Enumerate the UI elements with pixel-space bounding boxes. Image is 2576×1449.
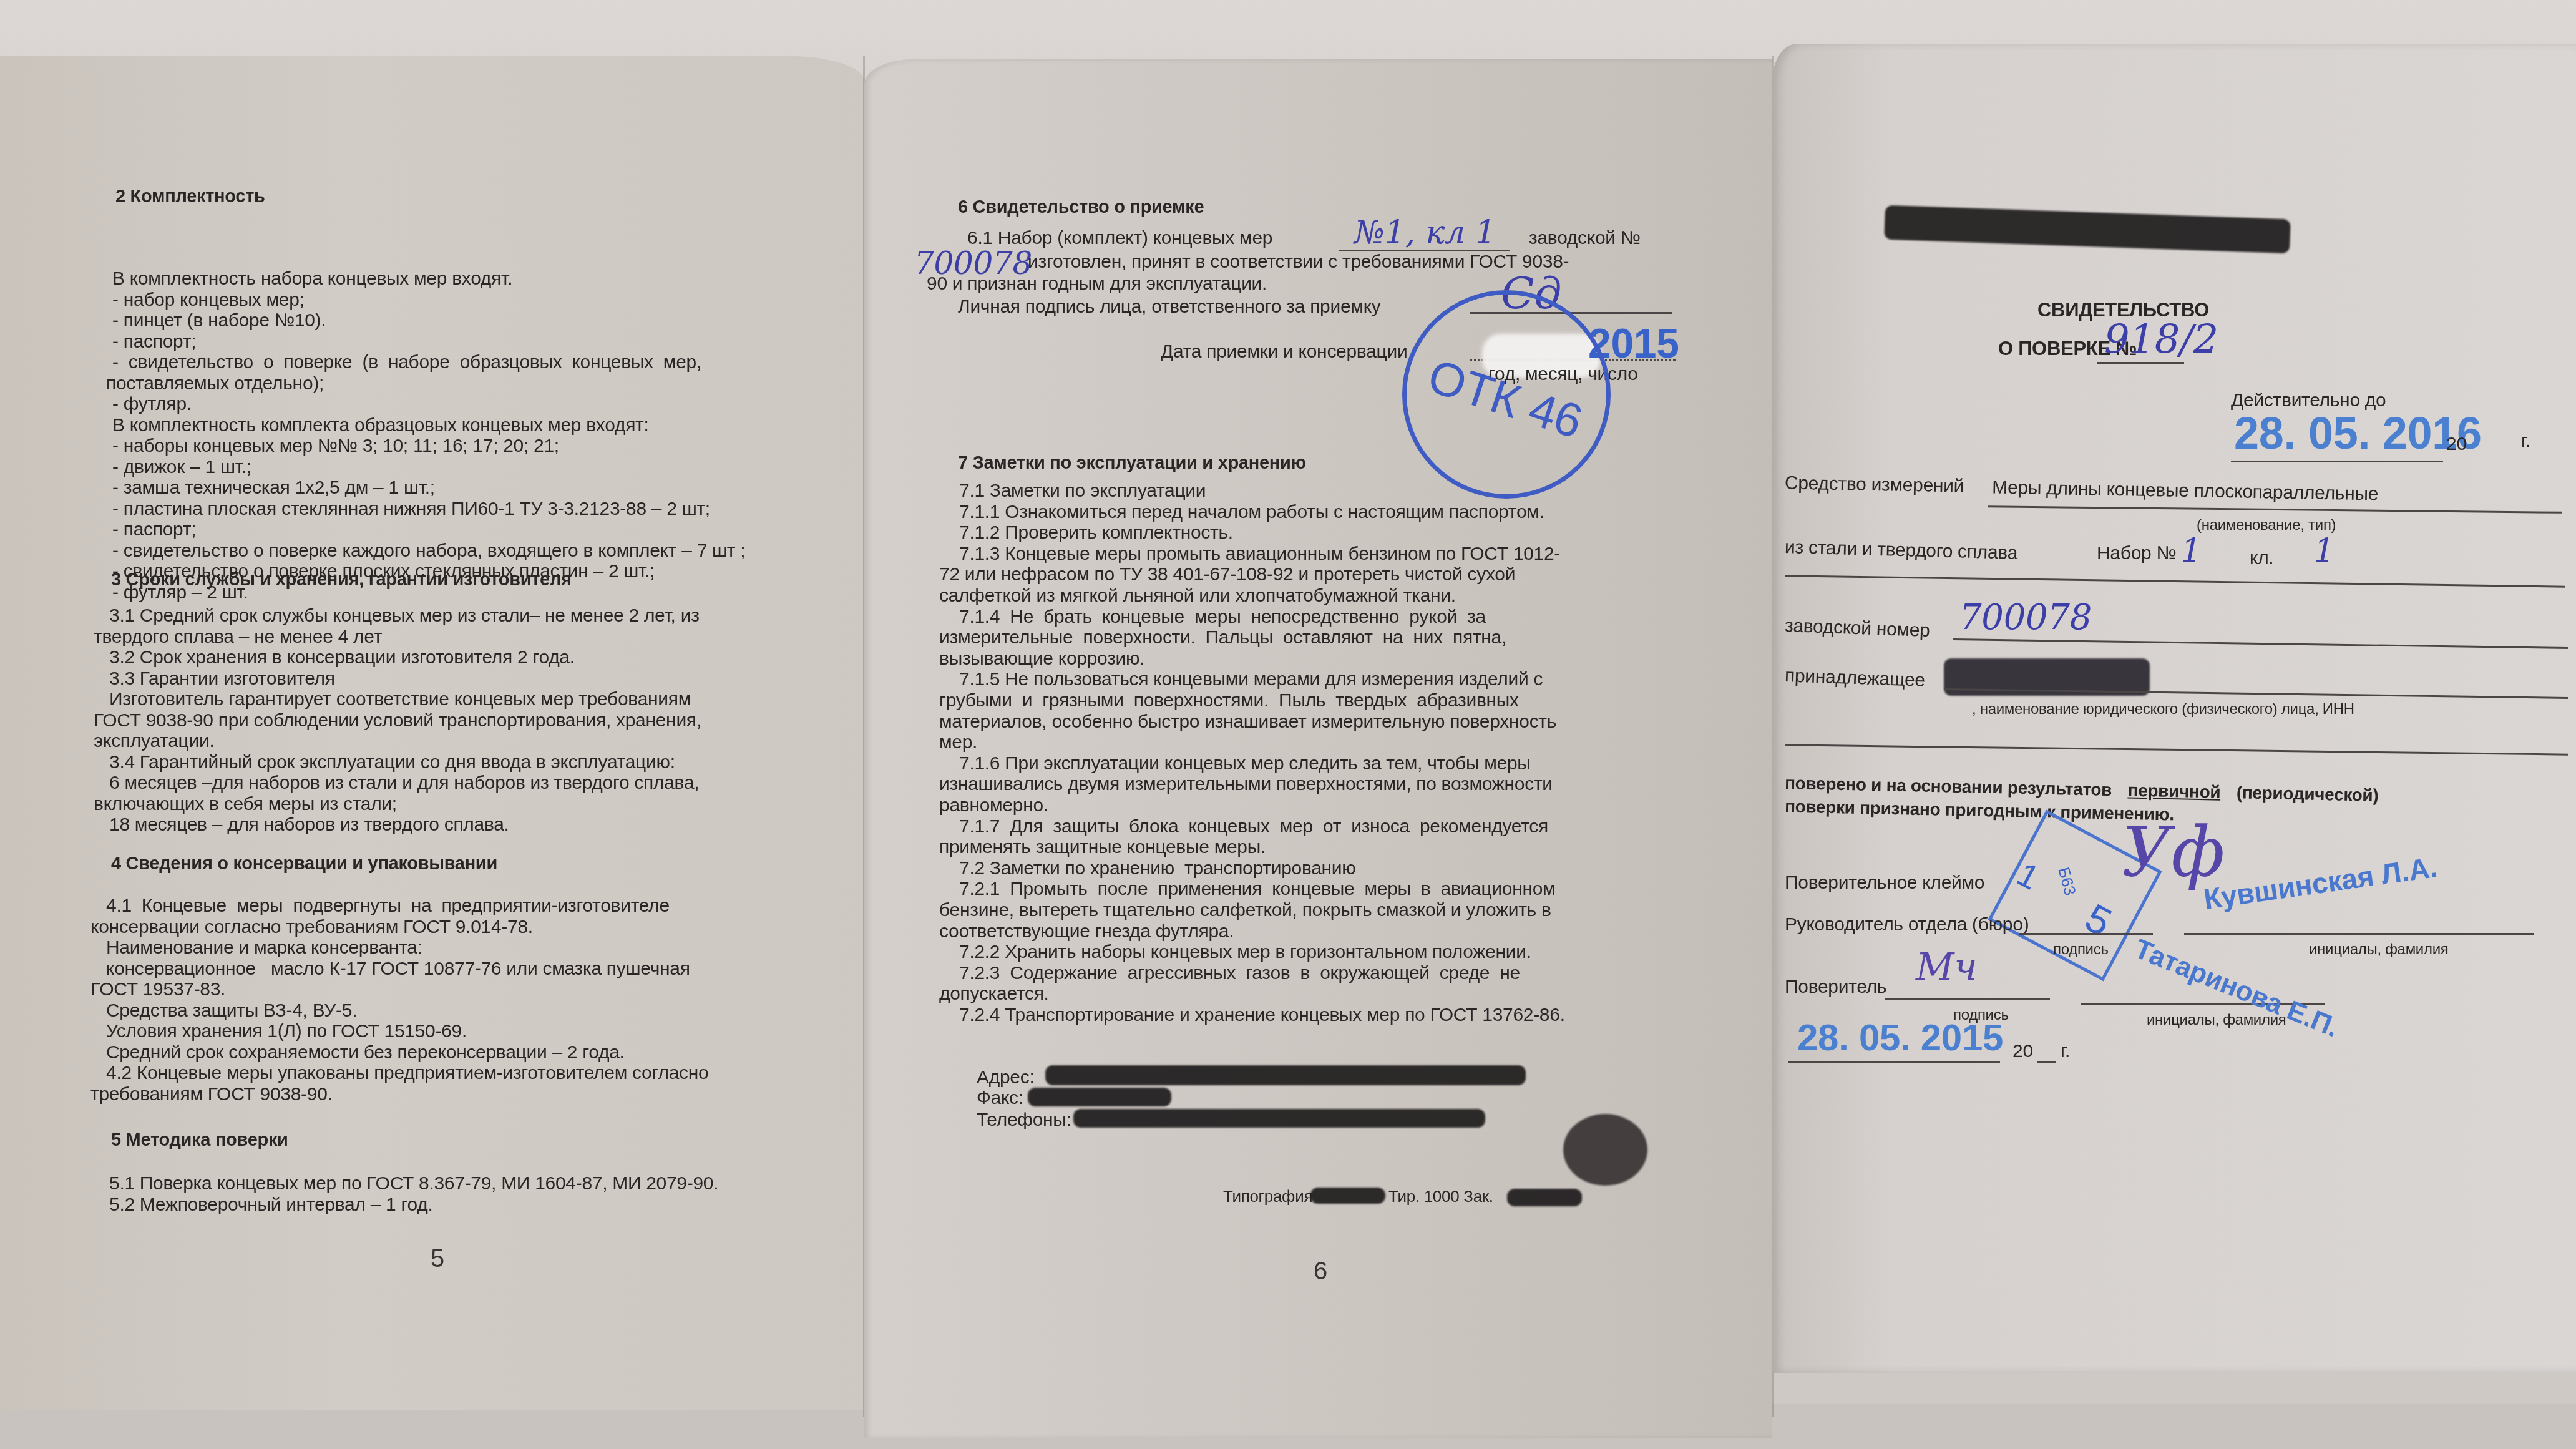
valid-until-label: Действительно до [2231,390,2386,411]
fax-label: Факс: [977,1088,1023,1109]
head-signature: Уф [2122,817,2225,886]
text-line: 7.1.7 Для защиты блока концевых мер от и… [959,816,1548,837]
text-line: изнашивались двумя измерительными поверх… [939,774,1553,795]
valid-year-suffix: 20 [2446,434,2467,455]
valid-year-g: г. [2521,431,2530,452]
certificate-number-underline [2097,362,2184,364]
text-line: - футляр. [112,394,192,415]
text-line: 7.2.3 Содержание агрессивных газов в окр… [959,963,1520,984]
redacted-fax [1028,1088,1171,1106]
instrument-underline [1988,505,2562,514]
text-line: измерительные поверхности. Пальцы оставл… [939,627,1506,648]
text-line: вызывающие коррозию. [939,648,1144,670]
verifier-signature: Мч [1916,949,1977,986]
acceptance-line-2: изготовлен, принят в соответствии с треб… [1028,251,1569,273]
text-line: грубыми и грязными поверхностями. Пыль т… [939,690,1519,711]
acceptance-line-3: 90 и признан годным для эксплуатации. [927,273,1267,295]
text-line: - паспорт; [112,519,196,540]
verifier-name-caption: инициалы, фамилия [2147,1010,2286,1031]
mark-label: Поверительное клеймо [1785,872,1984,894]
text-line: 7.2.4 Транспортирование и хранение конце… [959,1005,1565,1026]
signature-label: Личная подпись лица, ответственного за п… [958,296,1381,318]
text-line: Условия хранения 1(Л) по ГОСТ 15150-69. [106,1021,467,1042]
page-number: 6 [1314,1257,1327,1286]
text-line: требованиям ГОСТ 9038-90. [90,1084,333,1105]
text-line: 7.1.5 Не пользоваться концевыми мерами д… [959,669,1543,690]
text-line: допускается. [939,983,1049,1005]
text-line: В комплектность комплекта образцовых кон… [112,415,649,436]
text-line: 3.4 Гарантийный срок эксплуатации со дня… [109,752,675,773]
text-line: 72 или нефрасом по ТУ 38 401-67-108-92 и… [939,564,1515,585]
text-line: - замша техническая 1х2,5 дм – 1 шт.; [112,477,435,499]
owner-caption: , наименование юридического (физического… [1972,699,2354,720]
section-5-title: 5 Методика поверки [111,1129,288,1151]
class-label: кл. [2250,548,2273,569]
set-label: Набор № [2097,543,2176,564]
section-3-title: 3 Сроки службы и хранения, гарантии изго… [111,569,572,590]
text-line: консервации согласно требованиям ГОСТ 9.… [90,917,533,938]
verifier-label: Поверитель [1785,977,1886,998]
verification-year-line [2037,1061,2056,1063]
instrument-label: Средство измерений [1785,472,1964,497]
date-label: Дата приемки и консервации [1161,341,1407,363]
address-label: Адрес: [977,1067,1034,1088]
passport-page-5: 2 Комплектность В комплектность набора к… [0,56,864,1410]
verified-primary: первичной [2127,781,2220,802]
text-line: консервационное масло К-17 ГОСТ 10877-76… [106,959,690,980]
text-line: 4.2 Концевые меры упакованы предприятием… [106,1063,708,1084]
verifier-signature-line [1885,998,2050,1000]
text-line: 3.2 Срок хранения в консервации изготови… [109,647,575,668]
owner-label: принадлежащее [1784,665,1925,691]
verification-certificate: СВИДЕТЕЛЬСТВО О ПОВЕРКЕ № 918/2 Действит… [1772,44,2576,1373]
text-line: - наборы концевых мер №№ 3; 10; 11; 16; … [112,436,559,457]
text-line: применять защитные концевые меры. [939,837,1266,858]
text-line: 7.2.2 Хранить наборы концевых мер в гори… [959,942,1531,963]
printing-tail: Тир. 1000 Зак. [1388,1186,1493,1207]
text-line: бензине, вытереть тщательно салфеткой, п… [939,900,1551,921]
text-line: ГОСТ 19537-83. [90,979,225,1000]
text-line: 7.1.2 Проверить комплектность. [959,522,1233,544]
text-line: В комплектность набора концевых мер вход… [112,268,512,290]
head-signature-line [2019,933,2153,935]
text-line: Средний срок сохраняемости без переконсе… [106,1042,625,1063]
verified-periodic: (периодической) [2237,783,2379,805]
printing-label: Типография [1223,1186,1312,1207]
text-line: 3.1 Средний срок службы концевых мер из … [109,605,700,627]
section-4-title: 4 Сведения о консервации и упаковывании [111,853,497,874]
section-6-title: 6 Свидетельство о приемке [958,197,1204,218]
instrument-value: Меры длины концевые плоскопараллельные [1992,477,2379,505]
text-line: Средства защиты ВЗ-4, ВУ-5. [106,1000,357,1022]
class-value: 1 [2314,534,2334,568]
text-line: ГОСТ 9038-90 при соблюдении условий тран… [94,710,701,731]
text-line: - пластина плоская стеклянная нижняя ПИ6… [112,499,710,520]
text-line: Наименование и марка консерванта: [106,937,422,959]
text-line: 5.1 Поверка концевых мер по ГОСТ 8.367-7… [109,1173,718,1194]
head-name-line [2184,933,2534,935]
head-name-stamp: Кувшинская Л.А. [2202,851,2439,915]
text-line: 7.1.4 Не брать концевые меры непосредств… [959,607,1486,628]
valid-until-stamp: 28. 05. 2016 [2234,409,2482,459]
text-line: поставляемых отдельно); [106,373,324,394]
text-line: - набор концевых мер; [112,290,305,311]
serial-value: 700078 [1959,599,2092,637]
text-line: 6 месяцев –для наборов из стали и для на… [109,773,699,794]
redacted-printing-city [1507,1189,1582,1206]
text-line: включающих в себя меры из стали; [94,794,397,815]
text-line: 7.2 Заметки по хранению транспортировани… [959,858,1356,879]
redacted-phones [1073,1109,1485,1128]
text-line: - пинцет (в наборе №10). [112,310,326,331]
phones-label: Телефоны: [977,1110,1071,1131]
text-line: 7.1 Заметки по эксплуатации [959,481,1206,502]
verification-date-g: г. [2061,1041,2070,1062]
head-name-caption: инициалы, фамилия [2309,939,2448,960]
text-line: - паспорт; [112,331,196,353]
text-line: 7.1.3 Концевые меры промыть авиационным … [959,544,1560,565]
text-line: материалов, особенно быстро изнашивает и… [939,711,1556,733]
redacted-printer [1310,1188,1385,1204]
head-label: Руководитель отдела (бюро) [1785,914,2029,935]
passport-page-6: 6 Свидетельство о приемке 6.1 Набор (ком… [864,59,1772,1438]
text-line: - движок – 1 шт.; [112,457,251,478]
text-line: твердого сплава – не менее 4 лет [94,627,382,648]
verification-date-suffix: 20 [2012,1041,2033,1062]
text-line: 7.1.6 При эксплуатации концевых мер след… [959,753,1531,774]
section-2-title: 2 Комплектность [115,186,265,207]
redacted-address [1045,1065,1526,1085]
text-line: Изготовитель гарантирует соответствие ко… [109,689,691,710]
material-line: из стали и твердого сплава [1785,537,2018,564]
serial-underline [1953,638,2568,649]
text-line: равномерно. [939,795,1048,816]
head-signature-caption: подпись [2053,939,2109,960]
certificate-number-value: 918/2 [2104,318,2218,362]
text-line: салфеткой из мягкой льняной или хлопчато… [939,585,1456,607]
text-line: 3.3 Гарантии изготовителя [109,668,335,690]
redacted-stamp-blot [1563,1114,1647,1186]
set-handwritten: №1, кл 1 [1354,215,1496,250]
text-line: 5.2 Межповерочный интервал – 1 год. [109,1194,432,1216]
text-line: мер. [939,732,977,753]
redacted-organization-header [1884,205,2291,254]
section-7-title: 7 Заметки по эксплуатации и хранению [958,452,1306,474]
text-line: 7.2.1 Промыть после применения концевые … [959,879,1555,900]
set-value: 1 [2181,534,2202,568]
text-line: 4.1 Концевые меры подвергнуты на предпри… [106,895,670,917]
text-line: - свидетельство о поверке (в наборе обра… [112,352,701,373]
verification-date-stamp: 28. 05. 2015 [1797,1017,2003,1058]
text-line: - свидетельство о поверке каждого набора… [112,540,745,562]
text-line: 7.1.1 Ознакомиться перед началом работы … [959,502,1544,523]
serial-label: заводской № [1529,228,1641,249]
owner-underline-2 [1785,744,2568,755]
text-line: эксплуатации. [94,731,214,752]
material-underline [1785,575,2565,587]
verified-text: поверено и на основании результатов [1785,773,2112,799]
page-number: 5 [431,1245,444,1273]
valid-until-underline [2231,461,2443,462]
serial-label: заводской номер [1784,615,1930,642]
verification-date-line [1788,1061,2000,1063]
text-line: 18 месяцев – для наборов из твердого спл… [109,814,509,836]
text-line: соответствующие гнезда футляра. [939,921,1234,942]
